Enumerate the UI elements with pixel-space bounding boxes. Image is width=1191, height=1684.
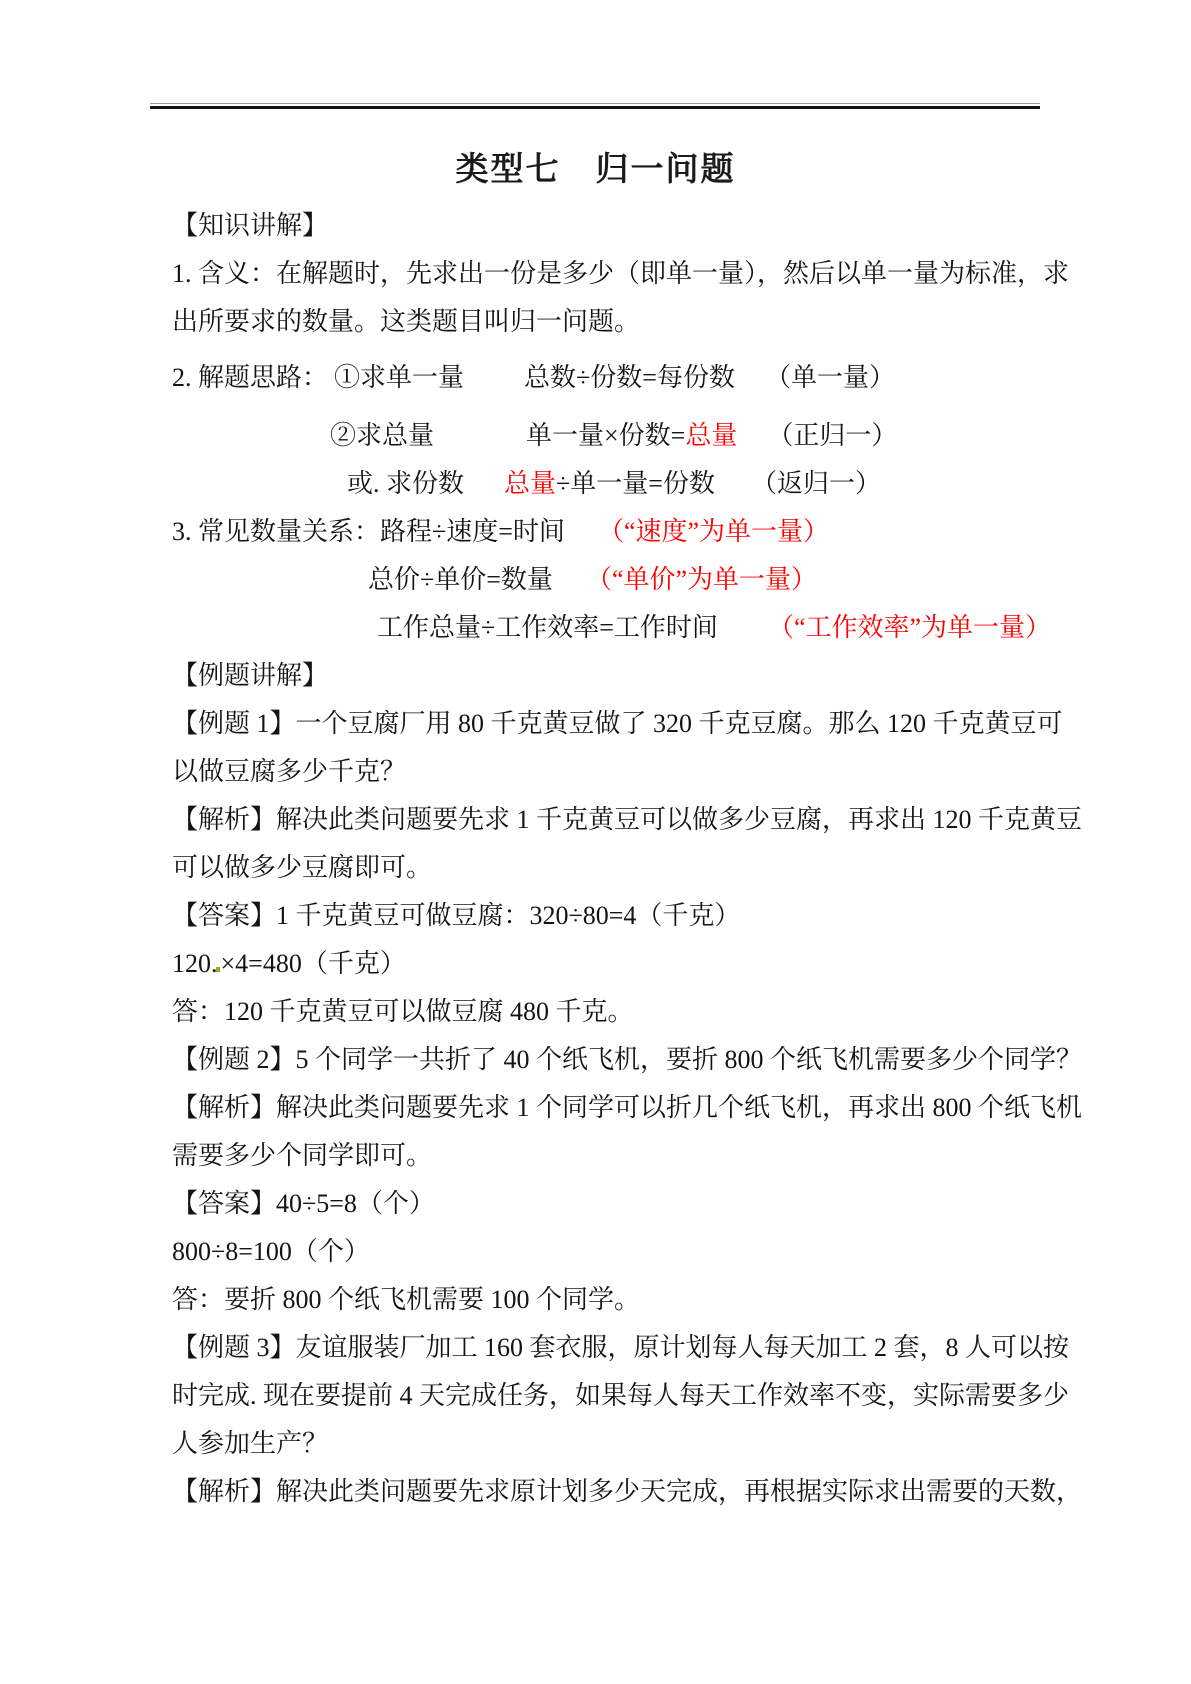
example2-analysis-line-2: 需要多少个同学即可。 (172, 1132, 1072, 1180)
knowledge-section-header: 【知识讲解】 (172, 202, 1072, 250)
approach-line-3-seg-3: （返归一） (751, 469, 881, 498)
artifact-dot (216, 967, 220, 972)
example2-conclusion-line-seg-0: 答：要折 800 个纸飞机需要 100 个同学。 (172, 1285, 640, 1314)
example3-analysis-line: 【解析】解决此类问题要先求原计划多少天完成，再根据实际求出需要的天数， (172, 1468, 1072, 1516)
page-title: 类型七 归一问题 (0, 143, 1191, 190)
worksheet-page: 类型七 归一问题 【知识讲解】1. 含义：在解题时，先求出一份是多少（即单一量）… (0, 0, 1191, 1684)
approach-line-3: 或. 求份数总量÷单一量=份数（返归一） (172, 460, 1072, 508)
approach-line-1-seg-1: ①求单一量 (334, 363, 464, 392)
example1-conclusion-line: 答：120 千克黄豆可以做豆腐 480 千克。 (172, 988, 1072, 1036)
relations-line-2-seg-1: （“单价”为单一量） (586, 565, 817, 594)
relations-line-2-seg-0: 总价÷单价=数量 (368, 565, 553, 594)
meaning-line-1-seg-0: 1. 含义：在解题时，先求出一份是多少（即单一量），然后以单一量为标准，求 (172, 259, 1069, 288)
example2-analysis-line-1: 【解析】解决此类问题要先求 1 个同学可以折几个纸飞机，再求出 800 个纸飞机 (172, 1084, 1072, 1132)
example2-analysis-line-1-seg-0: 【解析】解决此类问题要先求 1 个同学可以折几个纸飞机，再求出 800 个纸飞机 (172, 1093, 1082, 1122)
approach-line-1-seg-2: 总数÷份数=每份数 (524, 363, 735, 392)
example1-analysis-line-2-seg-0: 可以做多少豆腐即可。 (172, 853, 432, 882)
document-lines: 【知识讲解】1. 含义：在解题时，先求出一份是多少（即单一量），然后以单一量为标… (172, 202, 1072, 1516)
approach-line-3-seg-0: 或. 求份数 (347, 469, 464, 498)
example1-calc-line: 120.×4=480（千克） (172, 940, 1072, 988)
example1-problem-line-1-seg-0: 【例题 1】一个豆腐厂用 80 千克黄豆做了 320 千克豆腐。那么 120 千… (172, 709, 1063, 738)
example3-problem-line-3: 人参加生产？ (172, 1420, 1072, 1468)
approach-line-2-seg-2: 总量 (685, 421, 737, 450)
relations-line-3: 工作总量÷工作效率=工作时间（“工作效率”为单一量） (172, 604, 1072, 652)
approach-line-2-seg-1: 单一量×份数= (526, 421, 685, 450)
example2-analysis-line-2-seg-0: 需要多少个同学即可。 (172, 1141, 432, 1170)
example3-problem-line-1: 【例题 3】友谊服装厂加工 160 套衣服，原计划每人每天加工 2 套，8 人可… (172, 1324, 1072, 1372)
approach-line-1: 2. 解题思路：①求单一量总数÷份数=每份数（单一量） (172, 354, 1072, 402)
knowledge-section-header-seg-0: 【知识讲解】 (172, 211, 328, 240)
relations-line-3-seg-1: （“工作效率”为单一量） (768, 613, 1051, 642)
examples-section-header: 【例题讲解】 (172, 652, 1072, 700)
example1-problem-line-2-seg-0: 以做豆腐多少千克？ (172, 757, 406, 786)
relations-line-2: 总价÷单价=数量（“单价”为单一量） (172, 556, 1072, 604)
example3-problem-line-2-seg-0: 时完成. 现在要提前 4 天完成任务，如果每人每天工作效率不变，实际需要多少 (172, 1381, 1069, 1410)
approach-line-3-seg-1: 总量 (504, 469, 556, 498)
example2-problem-line-seg-0: 【例题 2】5 个同学一共折了 40 个纸飞机，要折 800 个纸飞机需要多少个… (172, 1045, 1082, 1074)
approach-line-2: ②求总量单一量×份数=总量（正归一） (172, 412, 1072, 460)
example3-problem-line-3-seg-0: 人参加生产？ (172, 1429, 328, 1458)
approach-line-2-seg-3: （正归一） (767, 421, 897, 450)
relations-line-1-seg-0: 3. 常见数量关系：路程÷速度=时间 (172, 517, 565, 546)
example2-conclusion-line: 答：要折 800 个纸飞机需要 100 个同学。 (172, 1276, 1072, 1324)
example1-analysis-line-1: 【解析】解决此类问题要先求 1 千克黄豆可以做多少豆腐，再求出 120 千克黄豆 (172, 796, 1072, 844)
example2-answer-line: 【答案】40÷5=8（个） (172, 1180, 1072, 1228)
example1-answer-line-seg-0: 【答案】1 千克黄豆可做豆腐：320÷80=4（千克） (172, 901, 740, 930)
approach-line-1-seg-3: （单一量） (765, 363, 895, 392)
meaning-line-2: 出所要求的数量。这类题目叫归一问题。 (172, 298, 1072, 346)
example3-problem-line-2: 时完成. 现在要提前 4 天完成任务，如果每人每天工作效率不变，实际需要多少 (172, 1372, 1072, 1420)
example1-calc-line-seg-2: ×4=480（千克） (221, 949, 406, 978)
meaning-line-2-seg-0: 出所要求的数量。这类题目叫归一问题。 (172, 307, 640, 336)
meaning-line-1: 1. 含义：在解题时，先求出一份是多少（即单一量），然后以单一量为标准，求 (172, 250, 1072, 298)
example3-analysis-line-seg-0: 【解析】解决此类问题要先求原计划多少天完成，再根据实际求出需要的天数， (172, 1477, 1082, 1506)
example1-problem-line-1: 【例题 1】一个豆腐厂用 80 千克黄豆做了 320 千克豆腐。那么 120 千… (172, 700, 1072, 748)
example1-analysis-line-2: 可以做多少豆腐即可。 (172, 844, 1072, 892)
relations-line-3-seg-0: 工作总量÷工作效率=工作时间 (377, 613, 718, 642)
example2-calc-line-seg-0: 800÷8=100（个） (172, 1237, 370, 1266)
header-rule (150, 103, 1040, 109)
approach-line-3-seg-2: ÷单一量=份数 (556, 469, 715, 498)
relations-line-1: 3. 常见数量关系：路程÷速度=时间（“速度”为单一量） (172, 508, 1072, 556)
relations-line-1-seg-1: （“速度”为单一量） (598, 517, 829, 546)
example3-problem-line-1-seg-0: 【例题 3】友谊服装厂加工 160 套衣服，原计划每人每天加工 2 套，8 人可… (172, 1333, 1069, 1362)
examples-section-header-seg-0: 【例题讲解】 (172, 661, 328, 690)
example1-answer-line: 【答案】1 千克黄豆可做豆腐：320÷80=4（千克） (172, 892, 1072, 940)
example2-answer-line-seg-0: 【答案】40÷5=8（个） (172, 1189, 435, 1218)
example2-problem-line: 【例题 2】5 个同学一共折了 40 个纸飞机，要折 800 个纸飞机需要多少个… (172, 1036, 1072, 1084)
approach-line-2-seg-0: ②求总量 (330, 421, 434, 450)
example1-analysis-line-1-seg-0: 【解析】解决此类问题要先求 1 千克黄豆可以做多少豆腐，再求出 120 千克黄豆 (172, 805, 1082, 834)
example1-conclusion-line-seg-0: 答：120 千克黄豆可以做豆腐 480 千克。 (172, 997, 634, 1026)
approach-line-1-seg-0: 2. 解题思路： (172, 363, 328, 392)
example1-problem-line-2: 以做豆腐多少千克？ (172, 748, 1072, 796)
example2-calc-line: 800÷8=100（个） (172, 1228, 1072, 1276)
example1-calc-line-seg-0: 120. (172, 949, 218, 978)
